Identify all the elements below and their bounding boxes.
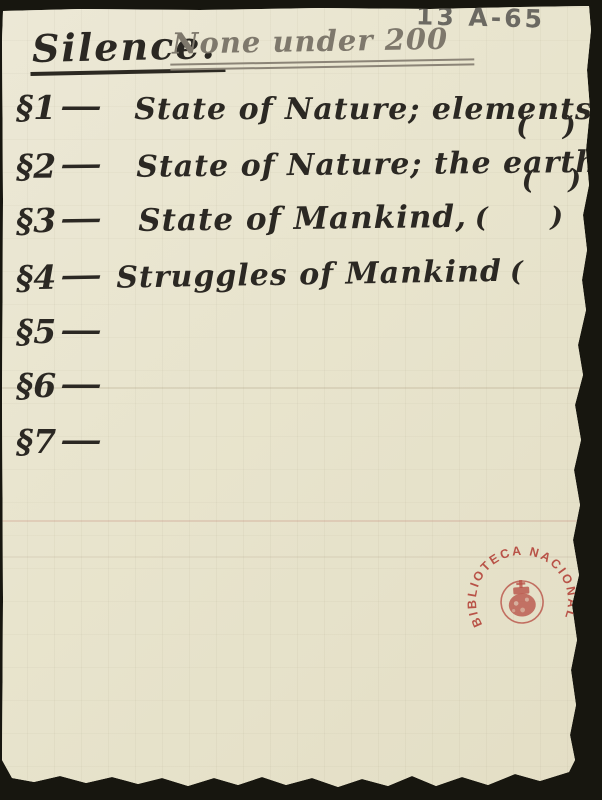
library-stamp: BIBLIOTECA NACIONAL: [447, 526, 596, 675]
photo-background: 13 A-65 Silence. None under 200 §1 — Sta…: [0, 0, 602, 800]
section-paren: ( ): [516, 111, 580, 142]
section-row: §5 —: [16, 312, 96, 351]
torn-manuscript-paper: 13 A-65 Silence. None under 200 §1 — Sta…: [0, 0, 602, 800]
section-mark: §3: [16, 201, 57, 240]
section-row: §3 — State of Mankind, ( ): [16, 195, 568, 241]
section-dash: —: [60, 313, 102, 348]
stamp-emblem: [500, 579, 545, 625]
section-text: State of Mankind,: [138, 199, 467, 239]
section-row: §6 —: [16, 366, 96, 405]
section-dash: —: [60, 201, 102, 237]
section-mark: §1: [16, 88, 56, 127]
section-mark: §5: [16, 312, 56, 351]
section-paren: ( ): [475, 202, 569, 234]
section-paren: ( ): [522, 164, 587, 196]
section-row: §7 —: [16, 422, 96, 461]
section-mark: §6: [16, 366, 56, 405]
section-text: Struggles of Mankind: [116, 254, 502, 296]
section-mark: §4: [16, 258, 57, 298]
section-row: §4 — Struggles of Mankind ( ): [16, 248, 602, 298]
section-row: §1 — State of Nature; elements, ( ): [16, 88, 581, 127]
section-dash: —: [60, 147, 102, 182]
section-row: §2 — State of Nature; the earth, ( ): [16, 141, 586, 186]
paper-crease-line: [0, 520, 602, 522]
section-dash: —: [60, 89, 102, 124]
section-dash: —: [60, 423, 102, 458]
section-dash: —: [60, 367, 102, 402]
section-mark: §2: [16, 147, 57, 186]
pencil-annotation: None under 200: [170, 21, 475, 70]
section-paren: ( ): [510, 255, 602, 288]
section-mark: §7: [16, 422, 56, 461]
section-dash: —: [60, 258, 103, 294]
